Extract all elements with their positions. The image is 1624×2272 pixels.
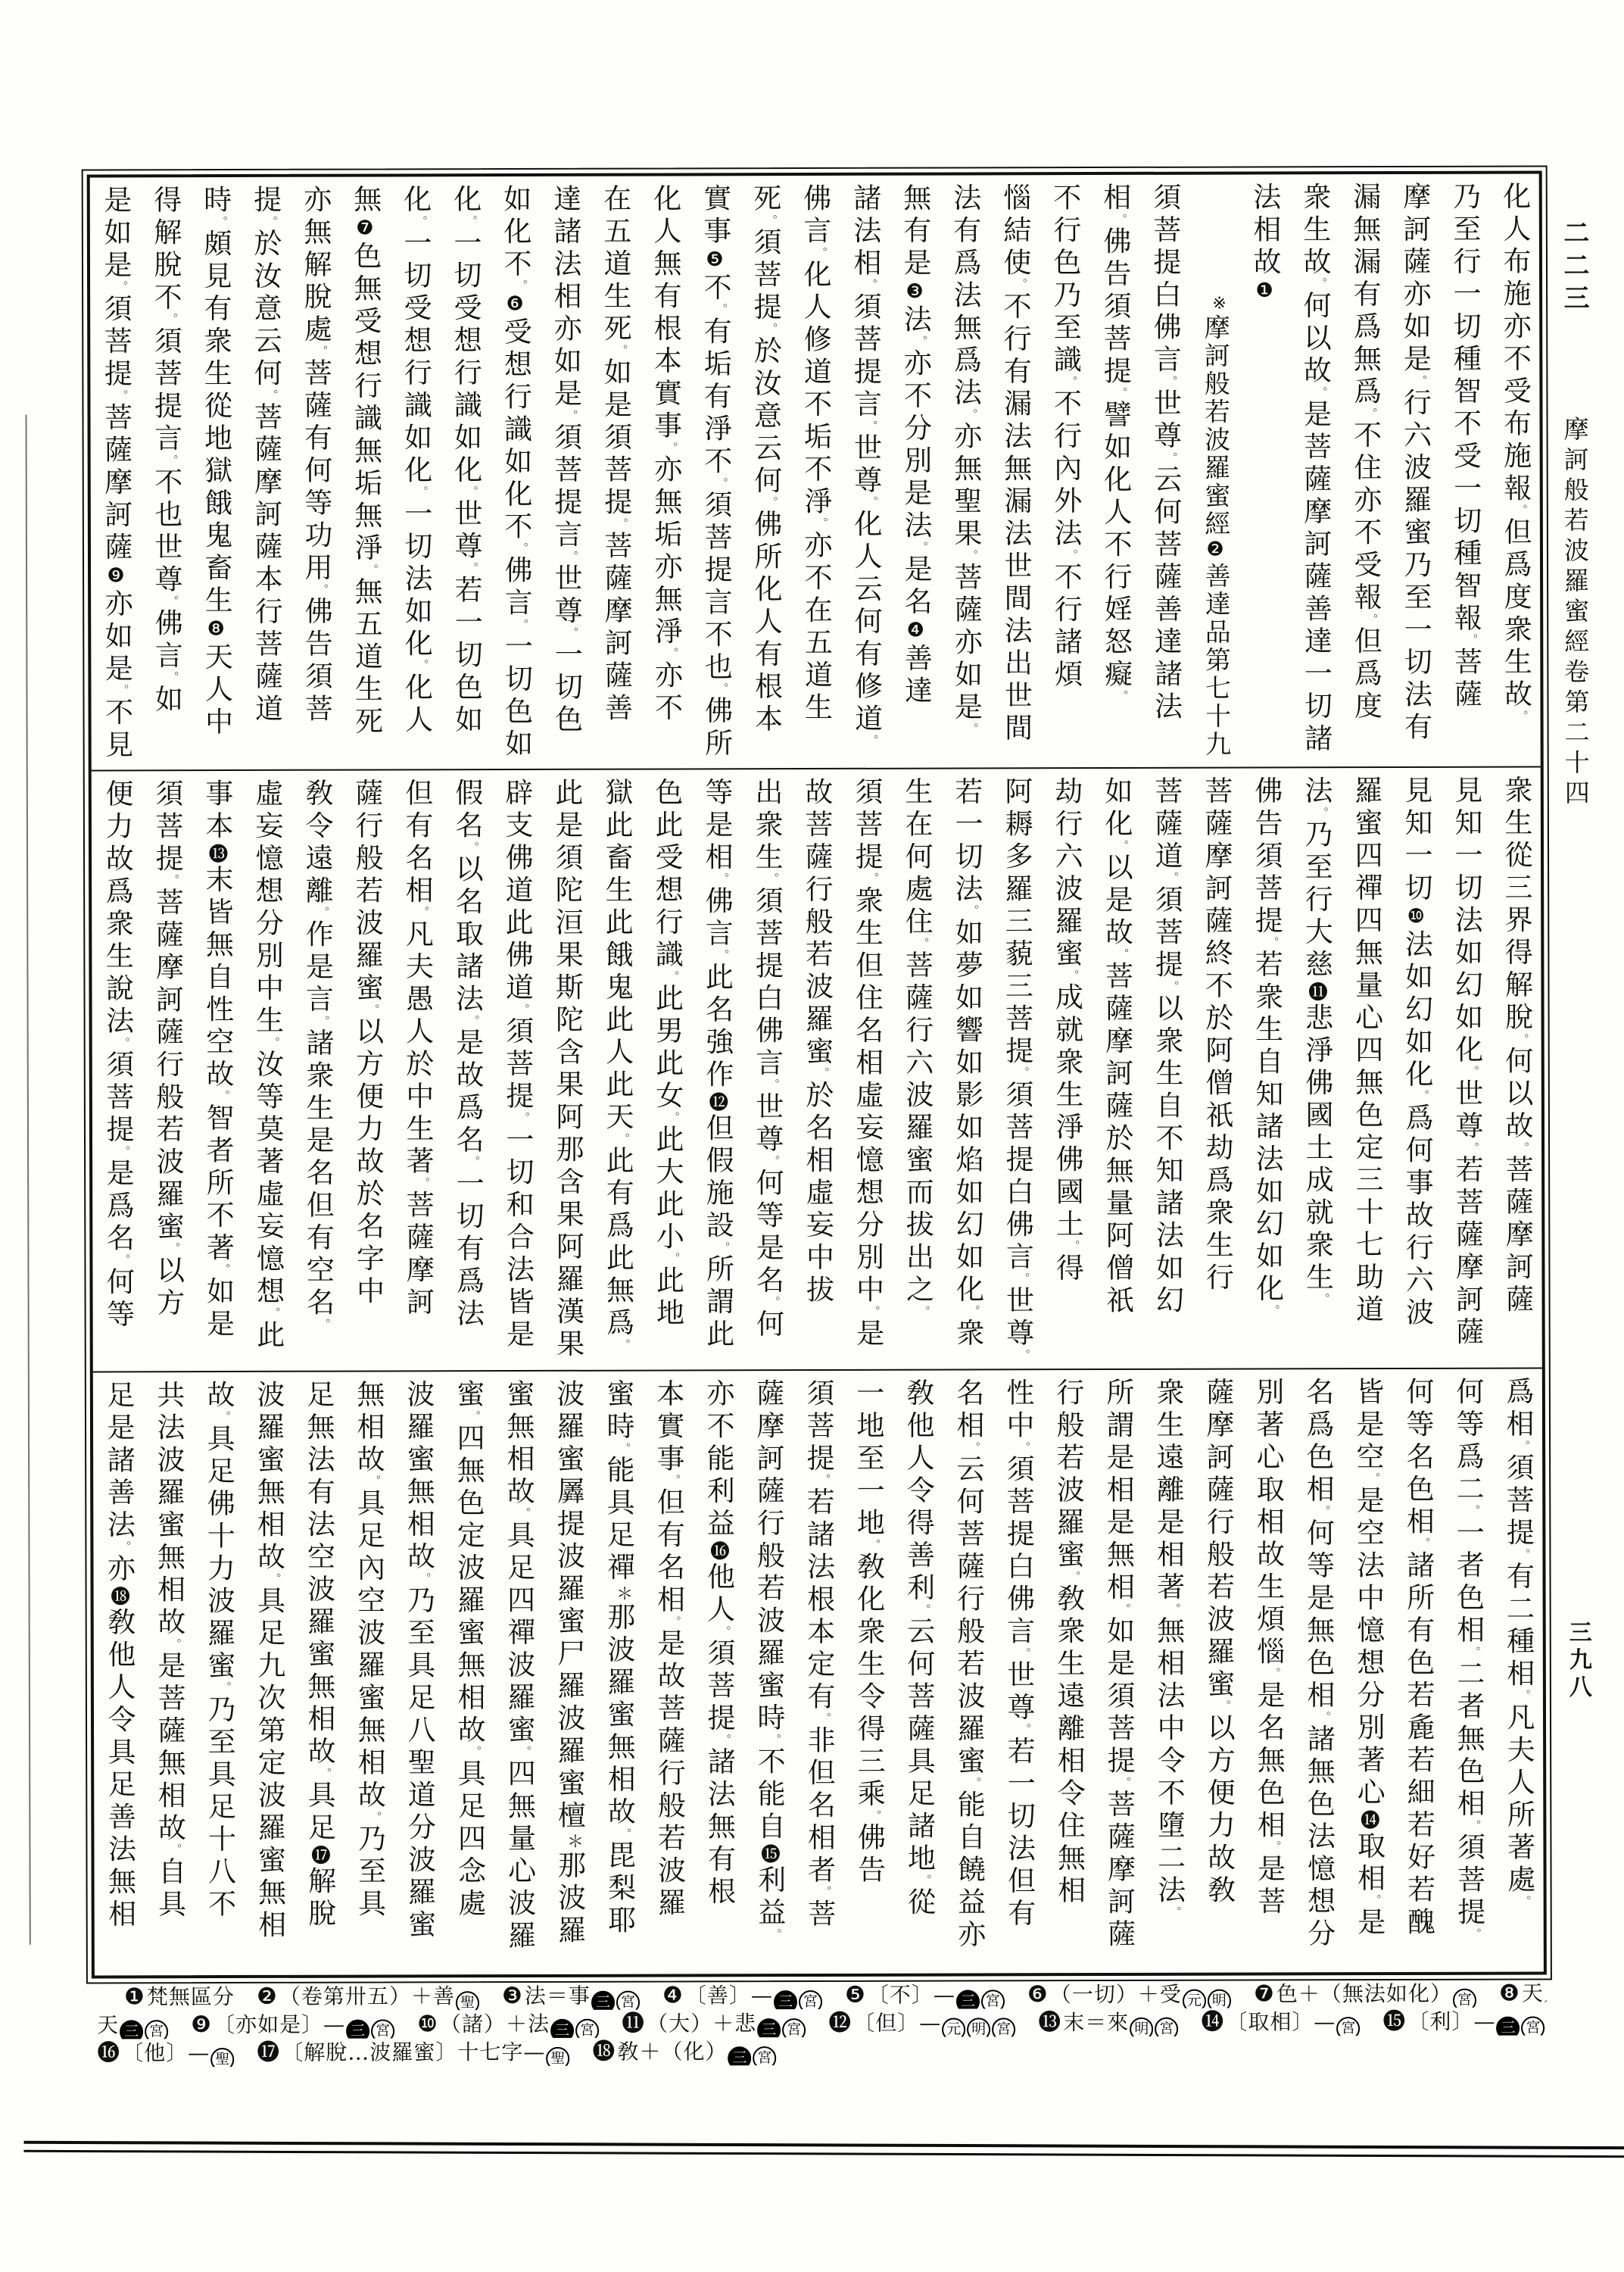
text-column: 時。頗見有衆生從地獄餓鬼畜生❽天人中 (190, 185, 242, 769)
header-page-number: 二二三 (1547, 219, 1601, 317)
text-column: 色此受想行識。此男此女。此大此小。此地 (641, 777, 693, 1369)
text-column: 薩行般若波羅蜜。以方便力故於名字中 (341, 778, 393, 1370)
witness-siglum: 三 (550, 2019, 574, 2039)
text-column: 衆生故。何以故。是菩薩摩訶薩善達一切諸 (1289, 182, 1341, 766)
text-column: 別著心取相故生煩惱。是名無色相。是菩 (1242, 1377, 1294, 1972)
margin-volume-title: 摩訶般若波羅蜜經卷第二十四 (1548, 416, 1603, 810)
witness-siglum: 宮 (371, 2019, 394, 2039)
text-column: 假名。以名取諸法。是故爲名。一切有爲法 (441, 778, 493, 1370)
text-column: 蜜。四無色定波羅蜜無相故。具足四念處 (443, 1379, 494, 1974)
witness-siglum: 聖 (546, 2047, 569, 2068)
text-column: 劫行六波羅蜜。成就衆生淨佛國土。得 (1041, 776, 1093, 1369)
text-column: 死。須菩提。於汝意云何。佛所化人有根本 (740, 183, 791, 768)
text-column: 行般若波羅蜜。敎衆生遠離相令住無相 (1043, 1378, 1094, 1973)
page-sheet: 化人布施亦不受布施報。但爲度衆生故。乃至行一切種智不受一切種智報。菩薩摩訶薩亦如… (0, 0, 1624, 2272)
text-column: 須菩提白佛言。世尊。云何菩薩善達諸法 (1139, 183, 1191, 767)
text-column: 此是須陀洹果斯陀含果阿那含果阿羅漢果 (541, 778, 593, 1370)
text-column: 亦無解脫處。菩薩有何等功用。佛告須菩 (290, 185, 341, 769)
witness-siglum: 聖 (210, 2048, 234, 2067)
text-column: 便力故爲衆生說法。須菩提。是爲名。何等 (92, 779, 143, 1371)
text-column: 一地至一地。敎化衆生令得三乘。佛告 (843, 1378, 894, 1974)
text-column: 無❼色無受想行識無垢無淨。無五道生死 (340, 184, 391, 769)
text-column: 敎他人令得善利。云何菩薩具足諸地。從 (893, 1378, 944, 1974)
text-column: 摩訶薩亦如是。行六波羅蜜乃至一切法有 (1389, 182, 1441, 766)
text-column: 無相故。具足內空波羅蜜無相故。乃至具 (343, 1379, 394, 1974)
text-column: 是如是。須菩提。菩薩摩訶薩❾亦如是。不見 (90, 185, 142, 769)
witness-siglum: 宮 (799, 1990, 822, 2011)
witness-siglum: 三 (591, 1991, 615, 2011)
text-column: 化人無有根本實事。亦無垢亦無淨。亦不 (640, 183, 691, 768)
text-column: 足無法有法空波羅蜜無相故。具足⓱解脫 (293, 1380, 344, 1975)
text-column: 辟支佛道此佛道。須菩提。一切和合法皆是 (491, 778, 543, 1370)
text-column: 須菩提。若諸法根本定有。非但名相者。菩 (793, 1378, 844, 1974)
witness-siglum: 宮 (782, 2018, 806, 2039)
witness-siglum: 宮 (1155, 2018, 1178, 2039)
fold-rule-top (24, 2141, 1624, 2149)
text-column: 須菩提。菩薩摩訶薩行般若波羅蜜。以方 (142, 779, 193, 1371)
text-column: 名爲色相。何等是無色相。諸無色法憶想分 (1292, 1377, 1344, 1972)
text-column: 若一切法。如夢如響如影如焰如幻如化。衆 (941, 776, 993, 1369)
text-column: 實事❺不。有垢有淨不。須菩提言不也。佛所 (690, 183, 741, 768)
binding-edge-line (26, 415, 31, 1945)
text-column: 乃至行一切種智不受一切種智報。菩薩 (1439, 182, 1491, 766)
fold-rule-bottom (23, 2150, 1624, 2158)
text-column: 提。於汝意云何。菩薩摩訶薩本行菩薩道 (240, 185, 291, 769)
text-column: 爲相。須菩提。有二種相。凡夫人所著處。 (1492, 1376, 1544, 1971)
text-band-upper: 化人布施亦不受布施報。但爲度衆生故。乃至行一切種智不受一切種智報。菩薩摩訶薩亦如… (90, 173, 1541, 769)
text-column: 相。佛告須菩提。譬如化人不行婬怒癡。 (1089, 183, 1141, 767)
text-column: 事本⓭末皆無自性空故。智者所不著。如是 (192, 779, 243, 1371)
text-column: 所謂是相是無相。如是須菩提。菩薩摩訶薩 (1093, 1378, 1144, 1973)
text-column: 菩薩道。須菩提。以衆生自不知諸法如幻 (1141, 776, 1192, 1369)
text-column: 法相故❶ (1239, 182, 1291, 766)
text-column: 法有爲法無爲法。亦無聖果。菩薩亦如是。 (940, 183, 991, 767)
footnote-line: ⓰〔他〕—聖 ⓱〔解脫…波羅蜜〕十七字—聖 ⓲敎＋（化）三宮 (97, 2035, 1547, 2067)
witness-siglum: 三 (728, 2046, 751, 2067)
text-column: 菩薩摩訶薩終不於阿僧祇劫爲衆生行 (1191, 776, 1242, 1369)
witness-siglum: 三 (346, 2020, 369, 2039)
text-column: 阿耨多羅三藐三菩提。須菩提白佛言。世尊。 (991, 776, 1043, 1369)
witness-siglum: 明 (1130, 2018, 1153, 2039)
text-column: 衆生遠離是相著。無相法中令不墮二法。 (1142, 1378, 1194, 1973)
text-column: 在五道生死。如是須菩提。菩薩摩訶薩善 (590, 184, 641, 769)
witness-siglum: 三 (757, 2018, 781, 2039)
page-fold-rules (23, 2141, 1624, 2158)
text-column: 波羅蜜無相故。具足九次第定波羅蜜無相 (243, 1380, 295, 1975)
text-column: 如化不。❻受想行識如化不。佛言。一切色如 (490, 184, 541, 769)
text-column: 蜜時。能具足禪＊那波羅蜜無相故。毘梨耶 (593, 1379, 644, 1974)
text-column: 如化。以是故。菩薩摩訶薩於無量阿僧祇 (1091, 776, 1142, 1369)
witness-siglum: 宮 (981, 1990, 1005, 2011)
witness-siglum: 明 (967, 2018, 990, 2039)
text-column: 無有是❸法。亦不分別是法。是名❹善達 (890, 183, 941, 768)
footnote-line: 天三宮 ❾〔亦如是〕—三宮 ❿（諸）＋法三宮 ⓫（大）＋悲三宮 ⓬〔但〕—元明宮… (97, 2007, 1547, 2039)
text-column: 佛告須菩提。若衆生自知諸法如幻如化。 (1241, 776, 1292, 1368)
text-column: 不行色乃至識。不行內外法。不行諸煩 (1040, 183, 1091, 767)
text-column: 惱結使。不行有漏法無漏法世間法出世間 (990, 183, 1041, 767)
text-column: 波羅蜜無相故。乃至具足八聖道分波羅蜜 (393, 1379, 444, 1974)
text-column: 敎令遠離。作是言。諸衆生是名但有空名。 (291, 779, 343, 1371)
text-column: 性中。須菩提白佛言。世尊。若一切法但有 (993, 1378, 1044, 1973)
text-column: 衆生從三界得解脫。何以故。菩薩摩訶薩 (1491, 775, 1542, 1367)
text-column: 蜜無相故。具足四禪波羅蜜。四無量心波羅 (493, 1379, 544, 1974)
text-column: 等是相。佛言。此名強作⓬但假施設。所謂此 (691, 777, 743, 1369)
text-column: 生在何處住。菩薩行六波羅蜜而拔出之。 (891, 777, 943, 1369)
text-column: 名相。云何菩薩行般若波羅蜜。能自饒益亦 (943, 1378, 994, 1973)
text-column: 薩摩訶薩行般若波羅蜜時。不能自⓯利益。 (743, 1378, 794, 1974)
text-column: 足是諸善法。亦⓲敎他人令具足善法無相 (93, 1380, 145, 1975)
witness-siglum: 宮 (992, 2018, 1015, 2039)
text-column: 故。具足佛十力波羅蜜。乃至具足十八不 (193, 1380, 245, 1975)
footnote-block: ❶梵無區分 ❷（卷第卅五）＋善聖 ❸法＝事三宮 ❹〔善〕—三宮 ❺〔不〕—三宮 … (97, 1979, 1547, 2067)
text-column: 法。乃至行大慈⓫悲淨佛國土成就衆生。 (1291, 776, 1342, 1368)
footnote-line: ❶梵無區分 ❷（卷第卅五）＋善聖 ❸法＝事三宮 ❹〔善〕—三宮 ❺〔不〕—三宮 … (97, 1979, 1547, 2011)
witness-siglum: 宮 (145, 2020, 168, 2039)
text-column: 達諸法相亦如是。須菩提言。世尊。一切色 (540, 184, 591, 769)
text-column: 化人布施亦不受布施報。但爲度衆生故。 (1489, 181, 1541, 766)
witness-siglum: 元 (942, 2018, 965, 2039)
text-column: 漏無漏有爲無爲。不住亦不受報。但爲度 (1339, 182, 1391, 766)
text-column: 見知一切❿法如幻如化。爲何事故行六波 (1391, 776, 1442, 1368)
text-column: 薩摩訶薩行般若波羅蜜。以方便力故敎 (1192, 1378, 1244, 1973)
text-column: 佛言。化人修道不垢不淨。亦不在五道生 (790, 183, 841, 768)
text-frame: 化人布施亦不受布施報。但爲度衆生故。乃至行一切種智不受一切種智報。菩薩摩訶薩亦如… (87, 170, 1547, 1978)
text-column: 羅蜜四禪四無量心四無色定三十七助道 (1341, 776, 1392, 1368)
witness-siglum: 宮 (616, 1991, 640, 2011)
text-column: 見知一切法如幻如化。世尊。若菩薩摩訶薩 (1441, 776, 1492, 1368)
text-column: 虛妄憶想分別中生。汝等莫著虛妄憶想。此 (242, 779, 293, 1371)
text-column: 但有名相。凡夫愚人於中生著。菩薩摩訶 (391, 778, 443, 1370)
text-column: 皆是空。是空法中憶想分別著心⓮取相。是 (1342, 1377, 1394, 1972)
page-content: 化人布施亦不受布施報。但爲度衆生故。乃至行一切種智不受一切種智報。菩薩摩訶薩亦如… (0, 0, 1624, 2272)
text-column: 化。一切受想行識如化。一切法如化。化人 (390, 184, 441, 769)
witness-siglum: 聖 (456, 1991, 479, 2011)
witness-siglum: 宮 (753, 2046, 776, 2067)
text-band-lower: 爲相。須菩提。有二種相。凡夫人所著處。何等爲二。一者色相。二者無色相。須菩提。何… (93, 1367, 1544, 1975)
margin-page-number: 三九八 (1551, 1620, 1605, 1702)
witness-siglum: 宮 (575, 2019, 599, 2039)
witness-siglum: 三 (774, 1990, 797, 2011)
text-band-middle: 衆生從三界得解脫。何以故。菩薩摩訶薩見知一切法如幻如化。世尊。若菩薩摩訶薩見知一… (92, 766, 1542, 1371)
text-column: ※摩訶般若波羅蜜經❷善達品第七十九 (1189, 183, 1241, 767)
text-column: 亦不能利益⓰他人。須菩提。諸法無有根 (693, 1378, 744, 1974)
text-column: 本實事。但有名相。是故菩薩行般若波羅 (643, 1378, 694, 1974)
text-column: 波羅蜜羼提波羅蜜尸羅波羅蜜檀＊那波羅 (543, 1379, 594, 1974)
text-column: 何等名色相。諸所有色若麁若細若好若醜 (1392, 1377, 1444, 1972)
text-column: 獄此畜生此餓鬼此人此天。此有爲此無爲。 (591, 778, 643, 1370)
text-column: 化。一切受想行識如化。世尊。若一切色如 (440, 184, 491, 769)
text-column: 故菩薩行般若波羅蜜。於名相虛妄中拔 (791, 777, 843, 1369)
text-column: 須菩提。衆生但住名相虛妄憶想分別中。是 (841, 777, 893, 1369)
text-column: 共法波羅蜜無相故。是菩薩無相故。自具 (143, 1380, 195, 1975)
text-column: 得解脫不。須菩提言。不也世尊。佛言。如 (140, 185, 192, 769)
text-column: 何等爲二。一者色相。二者無色相。須菩提。 (1442, 1377, 1494, 1972)
text-column: 諸法相。須菩提言。世尊。化人云何有修道。 (840, 183, 891, 768)
witness-siglum: 三 (120, 2020, 143, 2039)
text-column: 出衆生。須菩提白佛言。世尊。何等是名。何 (741, 777, 793, 1369)
witness-siglum: 宮 (1336, 2017, 1360, 2039)
witness-siglum: 三 (956, 1990, 980, 2011)
